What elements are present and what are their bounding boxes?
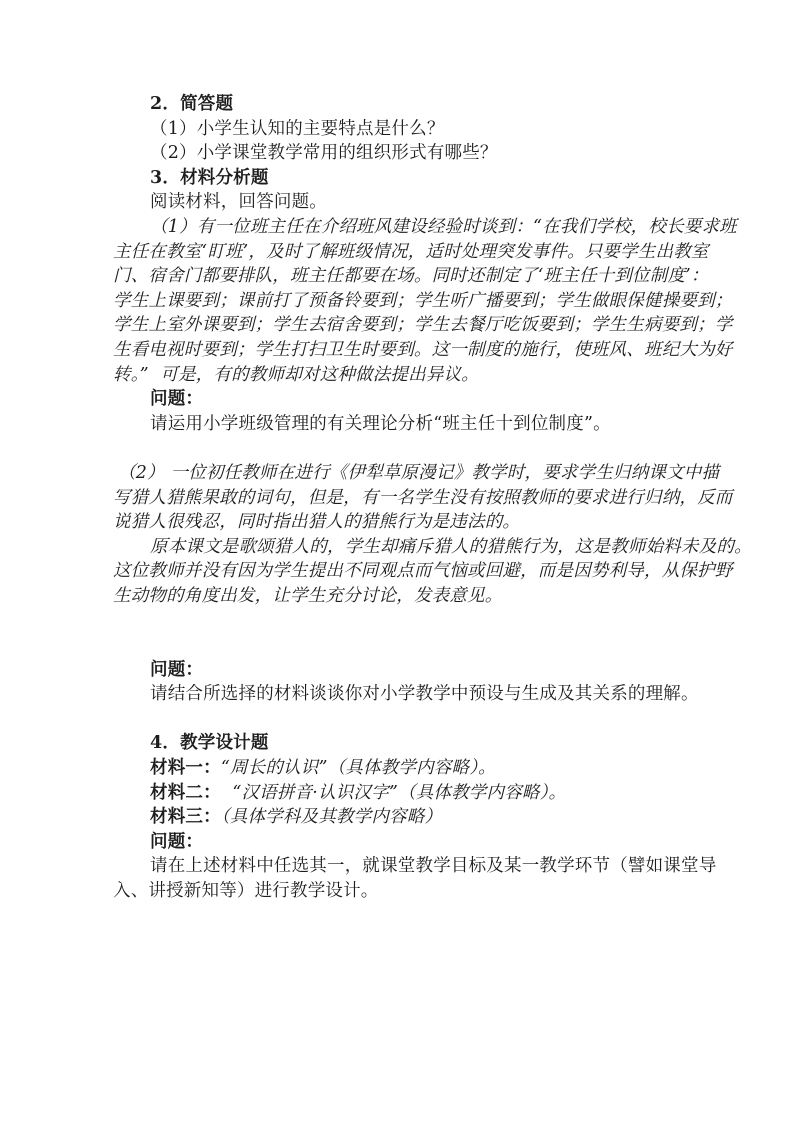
- question4-text-line: 入、讲授新知等）进行教学设计。: [113, 879, 681, 904]
- document-page: 2．简答题 （1）小学生认知的主要特点是什么？ （2）小学课堂教学常用的组织形式…: [0, 0, 793, 1122]
- spacer: [113, 633, 681, 658]
- material1-title: “周长的认识”（具体教学内容略）。: [221, 758, 496, 778]
- material-item-1: 材料一：“周长的认识”（具体教学内容略）。: [113, 756, 681, 781]
- material1-label: 材料一：: [150, 758, 221, 778]
- question2-label: 问题：: [113, 658, 681, 683]
- section4-heading: 4．教学设计题: [113, 731, 681, 756]
- material2-line: 生动物的角度出发，让学生充分讨论，发表意见。: [113, 584, 681, 609]
- short-answer-item-2: （2）小学课堂教学常用的组织形式有哪些？: [113, 141, 681, 166]
- question1-text: 请运用小学班级管理的有关理论分析“班主任十到位制度”。: [113, 412, 681, 437]
- spacer: [113, 707, 681, 732]
- section3-intro: 阅读材料，回答问题。: [113, 190, 681, 215]
- short-answer-item-1: （1）小学生认知的主要特点是什么？: [113, 117, 681, 142]
- material1-line: 生看电视时要到；学生打扫卫生时要到。这一制度的施行，使班风、班纪大为好: [113, 338, 681, 363]
- question2-text: 请结合所选择的材料谈谈你对小学教学中预设与生成及其关系的理解。: [113, 682, 681, 707]
- material1-line: 学生上室外课要到；学生去宿舍要到；学生去餐厅吃饭要到；学生生病要到；学: [113, 313, 681, 338]
- material1-line: 门、宿舍门都要排队，班主任都要在场。同时还制定了‘班主任十到位制度’：: [113, 264, 681, 289]
- section3-heading: 3．材料分析题: [113, 166, 681, 191]
- text-column: 2．简答题 （1）小学生认知的主要特点是什么？ （2）小学课堂教学常用的组织形式…: [113, 92, 681, 904]
- material2-line: 这位教师并没有因为学生提出不同观点而气恼或回避，而是因势利导，从保护野: [113, 559, 681, 584]
- material2-title: “汉语拼音·认识汉字”（具体教学内容略）。: [221, 783, 566, 803]
- material2-line: 原本课文是歌颂猎人的，学生却痛斥猎人的猎熊行为，这是教师始料未及的。: [113, 535, 681, 560]
- material1-line: （1）有一位班主任在介绍班风建设经验时谈到：“在我们学校，校长要求班: [113, 215, 681, 240]
- material-item-2: 材料二： “汉语拼音·认识汉字”（具体教学内容略）。: [113, 781, 681, 806]
- spacer: [113, 608, 681, 633]
- section2-heading: 2．简答题: [113, 92, 681, 117]
- material1-line: 主任在教室‘盯班’，及时了解班级情况，适时处理突发事件。只要学生出教室: [113, 240, 681, 265]
- material2-line: 说猎人很残忍，同时指出猎人的猎熊行为是违法的。: [113, 510, 681, 535]
- material1-line: 学生上课要到；课前打了预备铃要到；学生听广播要到；学生做眼保健操要到；: [113, 289, 681, 314]
- material-item-3: 材料三：（具体学科及其教学内容略）: [113, 805, 681, 830]
- question4-label: 问题：: [113, 830, 681, 855]
- material2-label: 材料二：: [150, 783, 221, 803]
- material3-title: （具体学科及其教学内容略）: [221, 807, 442, 827]
- material3-label: 材料三：: [150, 807, 221, 827]
- material2-line: （2） 一位初任教师在进行《伊犁草原漫记》教学时，要求学生归纳课文中描: [113, 461, 681, 486]
- material1-line: 转。” 可是，有的教师却对这种做法提出异议。: [113, 363, 681, 388]
- spacer: [113, 436, 681, 461]
- material2-line: 写猎人猎熊果敢的词句，但是，有一名学生没有按照教师的要求进行归纳，反而: [113, 486, 681, 511]
- question1-label: 问题：: [113, 387, 681, 412]
- question4-text-line: 请在上述材料中任选其一，就课堂教学目标及某一教学环节（譬如课堂导: [113, 854, 681, 879]
